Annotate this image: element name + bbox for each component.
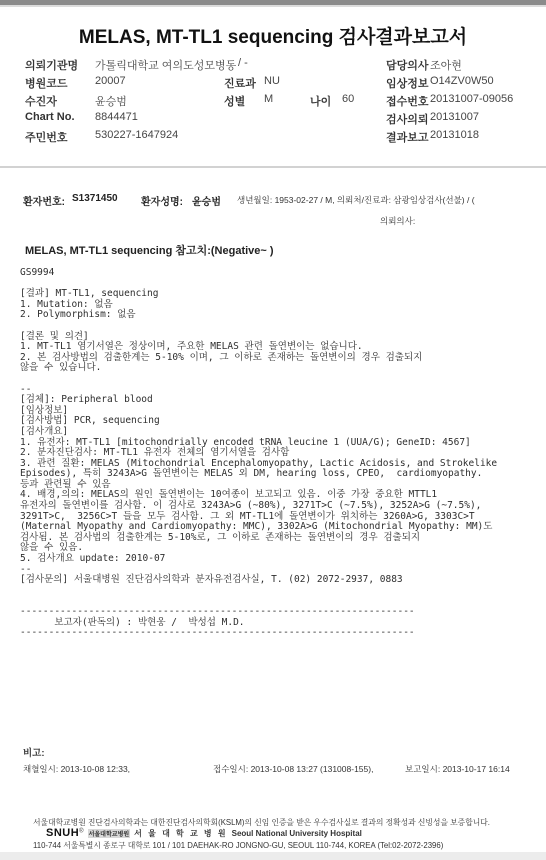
report-line: [검사문의] 서울대병원 진단검사의학과 분자유전검사실, T. (02) 20…: [20, 575, 540, 586]
remarks-label: 비고:: [23, 745, 45, 759]
snuh-badge: 서울대학교병원: [88, 829, 131, 838]
patient-value: 윤승범: [95, 93, 127, 109]
report-line: [20, 586, 540, 597]
requesting-org-suffix: / -: [238, 57, 248, 69]
patient-name-value: 윤승범: [192, 193, 221, 208]
receipt-time: 접수일시: 2013-10-08 13:27 (131008-155),: [213, 763, 373, 775]
birth-and-referrer-info: 생년월일: 1953-02-27 / M, 의뢰처/진료과: 삼광임상검사(선불…: [237, 194, 475, 206]
sex-value: M: [264, 93, 273, 105]
age-value: 60: [342, 93, 354, 105]
chart-no-value: 8844471: [95, 111, 138, 123]
report-time: 보고일시: 2013-10-17 16:14: [405, 763, 510, 775]
report-line: GS9994: [20, 268, 540, 279]
patient-info-line: 환자번호: S1371450 환자성명: 윤승범 생년월일: 1953-02-2…: [0, 191, 546, 221]
report-header-block: 의뢰기관명 가톨릭대학교 여의도성모병동 / - 담당의사 조아현 병원코드 2…: [0, 50, 546, 160]
header-row-3: 수진자 윤승범 성별 M 나이 60 접수번호 20131007-09056: [0, 93, 546, 111]
header-row-1: 의뢰기관명 가톨릭대학교 여의도성모병동 / - 담당의사 조아현: [0, 57, 546, 75]
patient-label: 수진자: [25, 93, 57, 109]
requesting-org-value: 가톨릭대학교 여의도성모병동: [95, 57, 236, 73]
result-heading: MELAS, MT-TL1 sequencing 참고치:(Negative~ …: [25, 242, 274, 258]
chart-no-label: Chart No.: [25, 111, 75, 123]
header-row-4: Chart No. 8844471 검사의뢰 20131007: [0, 111, 546, 129]
header-row-5: 주민번호 530227-1647924 결과보고 20131018: [0, 129, 546, 147]
report-line: [검체]: Peripheral blood: [20, 395, 540, 406]
report-title: MELAS, MT-TL1 sequencing 검사결과보고서: [0, 22, 546, 49]
hospital-name-kr: 서 울 대 학 교 병 원: [134, 828, 227, 839]
top-gray-bar-shadow: [0, 5, 546, 7]
header-row-2: 병원코드 20007 진료과 NU 임상정보 O14ZV0W50: [0, 75, 546, 93]
hospital-name-en: Seoul National University Hospital: [232, 829, 362, 838]
test-request-label: 검사의뢰: [386, 111, 429, 127]
hospital-code-value: 20007: [95, 75, 126, 87]
lab-report-page: MELAS, MT-TL1 sequencing 검사결과보고서 의뢰기관명 가…: [0, 0, 546, 860]
result-report-value: 20131018: [430, 129, 479, 141]
snuh-logo: SNUH®: [46, 827, 84, 839]
report-line: [검사방법] PCR, sequencing: [20, 416, 540, 427]
collect-time: 채혈일시: 2013-10-08 12:33,: [23, 763, 130, 775]
patient-name-label: 환자성명:: [141, 193, 183, 208]
hospital-address: 110-744 서울특별시 종로구 대학로 101 / 101 DAEHAK-R…: [33, 840, 443, 851]
sex-label: 성별: [224, 93, 245, 109]
referring-doctor-label: 의뢰의사:: [380, 215, 415, 227]
receipt-no-label: 접수번호: [386, 93, 429, 109]
result-report-label: 결과보고: [386, 129, 429, 145]
report-line: [20, 374, 540, 385]
test-request-value: 20131007: [430, 111, 479, 123]
doctor-value: 조아현: [430, 57, 462, 73]
report-line: 5. 검사개요 update: 2010-07: [20, 554, 540, 565]
department-label: 진료과: [224, 75, 256, 91]
receipt-no-value: 20131007-09056: [430, 93, 513, 105]
report-body: GS9994 [결과] MT-TL1, sequencing1. Mutatio…: [20, 268, 540, 639]
age-label: 나이: [310, 93, 331, 109]
clinical-info-label: 임상정보: [386, 75, 429, 91]
report-line: 검사됨. 본 검사법의 검출한계는 5-10%로, 그 이하로 존재하는 돌연변…: [20, 533, 540, 544]
report-line: 않을 수 있습니다.: [20, 363, 540, 374]
hospital-logo-line: SNUH® 서울대학교병원 서 울 대 학 교 병 원 Seoul Nation…: [46, 827, 362, 839]
report-line: [20, 321, 540, 332]
header-divider: [0, 166, 546, 168]
patient-no-value: S1371450: [72, 193, 118, 204]
report-line: ----------------------------------------…: [20, 628, 540, 639]
resident-id-value: 530227-1647924: [95, 129, 178, 141]
report-line: ----------------------------------------…: [20, 607, 540, 618]
requesting-org-label: 의뢰기관명: [25, 57, 78, 73]
hospital-code-label: 병원코드: [25, 75, 68, 91]
resident-id-label: 주민번호: [25, 129, 68, 145]
clinical-info-value: O14ZV0W50: [430, 75, 494, 87]
department-value: NU: [264, 75, 280, 87]
patient-no-label: 환자번호:: [23, 193, 65, 208]
doctor-label: 담당의사: [386, 57, 429, 73]
bottom-gray-bar: [0, 852, 546, 860]
report-line: 2. Polymorphism: 없음: [20, 310, 540, 321]
report-line: [검사개요]: [20, 427, 540, 438]
